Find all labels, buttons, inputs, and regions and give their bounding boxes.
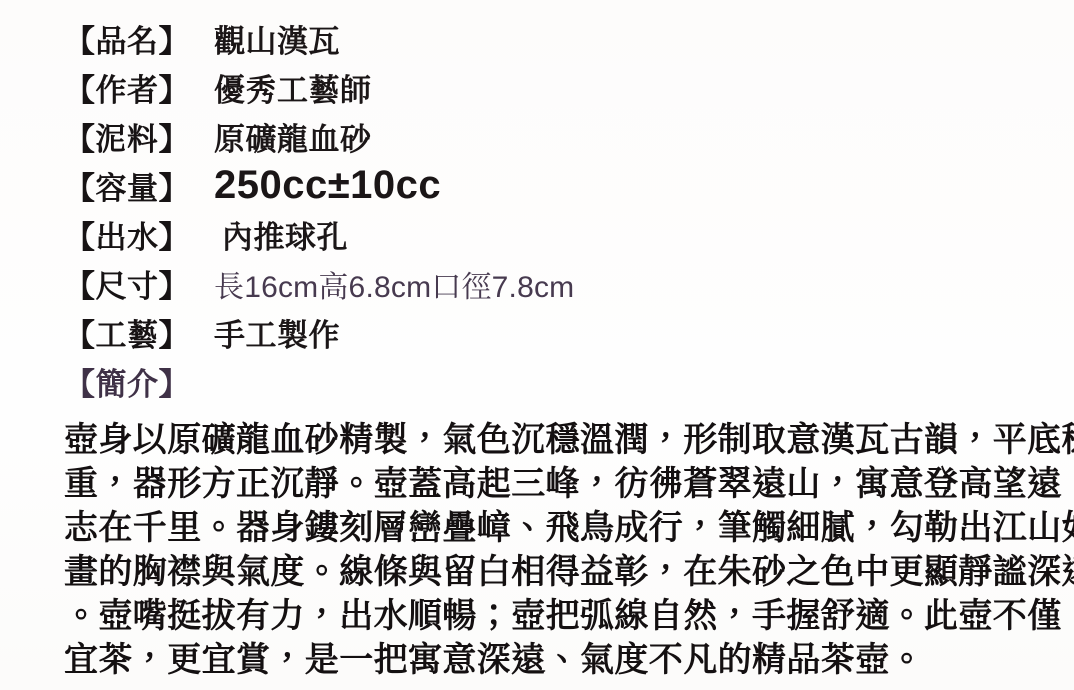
spec-row-craftsmanship: 【工藝】 手工製作 — [64, 308, 1074, 357]
author-label: 【作者】 — [64, 65, 196, 110]
product-name-label: 【品名】 — [64, 16, 196, 61]
spec-row-introduction: 【簡介】 — [64, 357, 1074, 406]
craftsmanship-value: 手工製作 — [214, 310, 340, 355]
water-outlet-label: 【出水】 — [64, 212, 196, 257]
water-outlet-value: 內推球孔 — [222, 212, 348, 257]
intro-line-2: 重，器形方正沉靜。壺蓋高起三峰，彷彿蒼翠遠山，寓意登高望遠， — [64, 462, 1050, 506]
spec-row-dimensions: 【尺寸】 長16cm高6.8cm口徑7.8cm — [64, 259, 1074, 308]
product-name-value: 觀山漢瓦 — [214, 16, 340, 61]
spec-row-author: 【作者】 優秀工藝師 — [64, 63, 1074, 112]
spec-row-product-name: 【品名】 觀山漢瓦 — [64, 14, 1074, 63]
spec-list: 【品名】 觀山漢瓦 【作者】 優秀工藝師 【泥料】 原礦龍血砂 【容量】 250… — [0, 0, 1074, 406]
intro-line-4: 畫的胸襟與氣度。線條與留白相得益彰，在朱砂之色中更顯靜謐深遠 — [64, 550, 1050, 594]
introduction-paragraph: 壺身以原礦龍血砂精製，氣色沉穩溫潤，形制取意漢瓦古韻，平底穩 重，器形方正沉靜。… — [0, 406, 1074, 682]
author-value: 優秀工藝師 — [214, 65, 372, 110]
dimensions-value: 長16cm高6.8cm口徑7.8cm — [214, 262, 574, 306]
product-spec-sheet: 【品名】 觀山漢瓦 【作者】 優秀工藝師 【泥料】 原礦龍血砂 【容量】 250… — [0, 0, 1074, 690]
spec-row-clay-material: 【泥料】 原礦龍血砂 — [64, 112, 1074, 161]
introduction-label: 【簡介】 — [64, 359, 196, 404]
intro-line-3: 志在千里。器身鏤刻層巒疊嶂、飛鳥成行，筆觸細膩，勾勒出江山如 — [64, 506, 1050, 550]
intro-line-5: 。壺嘴挺拔有力，出水順暢；壺把弧線自然，手握舒適。此壺不僅 — [64, 594, 1050, 638]
intro-line-1: 壺身以原礦龍血砂精製，氣色沉穩溫潤，形制取意漢瓦古韻，平底穩 — [64, 418, 1050, 462]
capacity-value: 250cc±10cc — [214, 163, 441, 208]
spec-row-capacity: 【容量】 250cc±10cc — [64, 161, 1074, 210]
clay-material-label: 【泥料】 — [64, 114, 196, 159]
spec-row-water-outlet: 【出水】 內推球孔 — [64, 210, 1074, 259]
craftsmanship-label: 【工藝】 — [64, 310, 196, 355]
capacity-label: 【容量】 — [64, 163, 196, 208]
clay-material-value: 原礦龍血砂 — [214, 114, 372, 159]
intro-line-6: 宜茶，更宜賞，是一把寓意深遠、氣度不凡的精品茶壺。 — [64, 638, 1050, 682]
dimensions-label: 【尺寸】 — [64, 261, 196, 306]
